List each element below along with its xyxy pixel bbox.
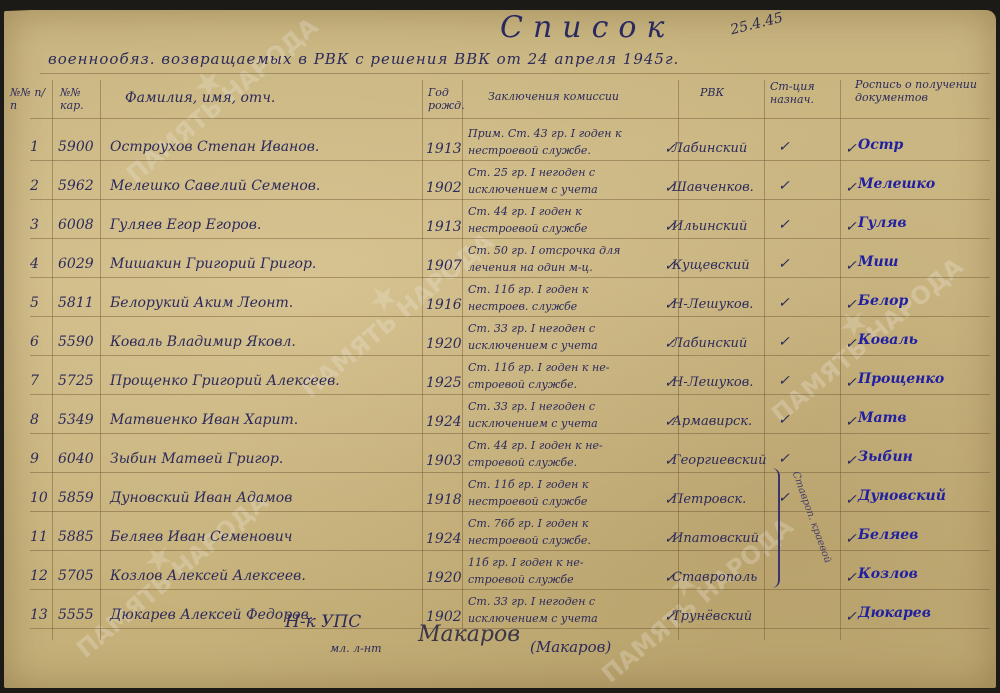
birth-year: 1920 bbox=[426, 336, 462, 352]
row-divider bbox=[30, 589, 990, 590]
birth-year: 1916 bbox=[426, 297, 462, 313]
commission-conclusion-line1: 11б гр. I годен к не- bbox=[468, 554, 584, 571]
rvk-district: Н-Лешуков. bbox=[672, 297, 753, 312]
signature-checkmark: ✓ bbox=[845, 492, 857, 508]
rvk-checkmark: ✓ bbox=[664, 492, 676, 508]
birth-year: 1907 bbox=[426, 258, 462, 274]
card-number: 5811 bbox=[58, 295, 94, 311]
document-title: Список bbox=[500, 10, 674, 45]
station-check: ✓ bbox=[778, 451, 790, 467]
commission-conclusion-line2: нестроевой службе bbox=[468, 493, 587, 510]
rvk-checkmark: ✓ bbox=[664, 453, 676, 469]
card-number: 6029 bbox=[58, 256, 94, 272]
row-divider bbox=[30, 316, 990, 317]
commission-conclusion-line1: Ст. 33 гр. I негоден с bbox=[468, 320, 595, 337]
commission-conclusion-line2: нестроев. службе bbox=[468, 298, 577, 315]
birth-year: 1924 bbox=[426, 531, 462, 547]
row-divider bbox=[30, 472, 990, 473]
signature-checkmark: ✓ bbox=[845, 336, 857, 352]
full-name: Мелешко Савелий Семенов. bbox=[110, 178, 320, 194]
commission-conclusion-line2: исключением с учета bbox=[468, 181, 598, 198]
commission-conclusion-line2: лечения на один м-ц. bbox=[468, 259, 593, 276]
table-header-divider bbox=[30, 118, 990, 119]
birth-year: 1920 bbox=[426, 570, 462, 586]
station-check: ✓ bbox=[778, 412, 790, 428]
commission-conclusion-line1: Ст. 50 гр. I отсрочка для bbox=[468, 242, 620, 259]
row-divider bbox=[30, 511, 990, 512]
column-header-card: №№ кар. bbox=[60, 86, 98, 112]
station-check: ✓ bbox=[778, 256, 790, 272]
recipient-signature: Зыбин bbox=[858, 449, 913, 465]
station-check: ✓ bbox=[778, 334, 790, 350]
commission-conclusion-line1: Ст. 11б гр. I годен к bbox=[468, 281, 588, 298]
rvk-checkmark: ✓ bbox=[664, 375, 676, 391]
birth-year: 1913 bbox=[426, 219, 462, 235]
row-divider bbox=[30, 160, 990, 161]
full-name: Дуновский Иван Адамов bbox=[110, 490, 292, 506]
handwritten-signature: Макаров bbox=[418, 622, 520, 647]
card-number: 5885 bbox=[58, 529, 94, 545]
commission-conclusion-line1: Ст. 25 гр. I негоден с bbox=[468, 164, 595, 181]
signature-checkmark: ✓ bbox=[845, 258, 857, 274]
rvk-district: Георгиевский bbox=[672, 453, 766, 468]
signatory-name: (Макаров) bbox=[530, 638, 611, 656]
row-number: 12 bbox=[30, 568, 48, 584]
recipient-signature: Гуляв bbox=[858, 215, 907, 231]
recipient-signature: Беляев bbox=[858, 527, 918, 543]
row-divider bbox=[30, 355, 990, 356]
document-subtitle: военнообяз. возвращаемых в РВК с решения… bbox=[48, 50, 679, 68]
rvk-district: Кущевский bbox=[672, 258, 750, 273]
row-number: 5 bbox=[30, 295, 39, 311]
row-divider bbox=[30, 550, 990, 551]
rvk-checkmark: ✓ bbox=[664, 414, 676, 430]
card-number: 5859 bbox=[58, 490, 94, 506]
station-check: ✓ bbox=[778, 178, 790, 194]
full-name: Зыбин Матвей Григор. bbox=[110, 451, 283, 467]
signature-checkmark: ✓ bbox=[845, 453, 857, 469]
commission-conclusion-line1: Ст. 44 гр. I годен к bbox=[468, 203, 582, 220]
birth-year: 1924 bbox=[426, 414, 462, 430]
bracket bbox=[770, 468, 780, 588]
rvk-district: Армавирск. bbox=[672, 414, 752, 429]
rvk-checkmark: ✓ bbox=[664, 258, 676, 274]
rvk-district: Петровск. bbox=[672, 492, 746, 507]
commission-conclusion-line2: исключением с учета bbox=[468, 415, 598, 432]
card-number: 6040 bbox=[58, 451, 94, 467]
column-header-conclusion: Заключения комиссии bbox=[488, 90, 619, 103]
rvk-district: Ипатовский bbox=[672, 531, 759, 546]
card-number: 5900 bbox=[58, 139, 94, 155]
recipient-signature: Белор bbox=[858, 293, 908, 309]
column-divider bbox=[100, 80, 101, 640]
birth-year: 1918 bbox=[426, 492, 462, 508]
commission-conclusion-line2: нестроевой службе bbox=[468, 220, 587, 237]
birth-year: 1913 bbox=[426, 141, 462, 157]
row-number: 4 bbox=[30, 256, 39, 272]
full-name: Белорукий Аким Леонт. bbox=[110, 295, 293, 311]
row-divider bbox=[30, 277, 990, 278]
row-divider bbox=[30, 199, 990, 200]
rvk-district: Н-Лешуков. bbox=[672, 375, 753, 390]
column-header-num: №№ п/п bbox=[10, 86, 50, 112]
recipient-signature: Мелешко bbox=[858, 176, 935, 192]
recipient-signature: Матв bbox=[858, 410, 907, 426]
commission-conclusion-line1: Прим. Ст. 43 гр. I годен к bbox=[468, 125, 622, 142]
full-name: Козлов Алексей Алексеев. bbox=[110, 568, 306, 584]
row-number: 11 bbox=[30, 529, 48, 545]
signature-checkmark: ✓ bbox=[845, 414, 857, 430]
row-number: 7 bbox=[30, 373, 39, 389]
signature-checkmark: ✓ bbox=[845, 531, 857, 547]
commission-conclusion-line1: Ст. 44 гр. I годен к не- bbox=[468, 437, 603, 454]
rvk-district: Трунёвский bbox=[672, 609, 752, 624]
recipient-signature: Прощенко bbox=[858, 371, 944, 387]
rvk-checkmark: ✓ bbox=[664, 531, 676, 547]
rvk-checkmark: ✓ bbox=[664, 570, 676, 586]
commission-conclusion-line2: строевой службе bbox=[468, 571, 574, 588]
rvk-district: Шавченков. bbox=[672, 180, 754, 195]
row-number: 10 bbox=[30, 490, 48, 506]
column-divider bbox=[678, 80, 679, 640]
signature-checkmark: ✓ bbox=[845, 219, 857, 235]
signatory-rank: мл. л-нт bbox=[330, 642, 382, 655]
card-number: 5725 bbox=[58, 373, 94, 389]
row-number: 2 bbox=[30, 178, 39, 194]
column-divider bbox=[840, 80, 841, 640]
signature-checkmark: ✓ bbox=[845, 297, 857, 313]
commission-conclusion-line2: нестроевой службе. bbox=[468, 142, 591, 159]
column-header-signature: Роспись о получении документов bbox=[855, 78, 985, 104]
station-check: ✓ bbox=[778, 139, 790, 155]
column-divider bbox=[462, 80, 463, 640]
birth-year: 1902 bbox=[426, 180, 462, 196]
commission-conclusion-line1: Ст. 33 гр. I негоден с bbox=[468, 398, 595, 415]
row-number: 9 bbox=[30, 451, 39, 467]
rvk-district: Лабинский bbox=[672, 336, 747, 351]
rvk-checkmark: ✓ bbox=[664, 297, 676, 313]
full-name: Прощенко Григорий Алексеев. bbox=[110, 373, 340, 389]
recipient-signature: Дюкарев bbox=[858, 605, 931, 621]
row-number: 6 bbox=[30, 334, 39, 350]
full-name: Гуляев Егор Егоров. bbox=[110, 217, 261, 233]
commission-conclusion-line1: Ст. 76б гр. I годен к bbox=[468, 515, 588, 532]
signature-checkmark: ✓ bbox=[845, 180, 857, 196]
commission-conclusion-line1: Ст. 11б гр. I годен к не- bbox=[468, 359, 609, 376]
recipient-signature: Миш bbox=[858, 254, 899, 270]
column-header-rvk: РВК bbox=[700, 86, 724, 99]
full-name: Остроухов Степан Иванов. bbox=[110, 139, 319, 155]
row-divider bbox=[30, 394, 990, 395]
card-number: 5962 bbox=[58, 178, 94, 194]
column-divider bbox=[422, 80, 423, 640]
full-name: Матвиенко Иван Харит. bbox=[110, 412, 298, 428]
column-header-station: Ст-ция назнач. bbox=[770, 80, 836, 106]
full-name: Беляев Иван Семенович bbox=[110, 529, 292, 545]
rvk-checkmark: ✓ bbox=[664, 336, 676, 352]
signature-checkmark: ✓ bbox=[845, 375, 857, 391]
rvk-checkmark: ✓ bbox=[664, 219, 676, 235]
commission-conclusion-line1: Ст. 33 гр. I негоден с bbox=[468, 593, 595, 610]
rvk-checkmark: ✓ bbox=[664, 609, 676, 625]
rvk-checkmark: ✓ bbox=[664, 180, 676, 196]
card-number: 5555 bbox=[58, 607, 94, 623]
birth-year: 1903 bbox=[426, 453, 462, 469]
column-divider bbox=[52, 80, 53, 640]
signature-checkmark: ✓ bbox=[845, 570, 857, 586]
column-header-year: Год рожд. bbox=[428, 86, 460, 112]
card-number: 5349 bbox=[58, 412, 94, 428]
rvk-district: Ставрополь bbox=[672, 570, 757, 585]
row-divider bbox=[30, 238, 990, 239]
recipient-signature: Коваль bbox=[858, 332, 918, 348]
recipient-signature: Козлов bbox=[858, 566, 918, 582]
row-divider bbox=[30, 433, 990, 434]
commission-conclusion-line2: исключением с учета bbox=[468, 337, 598, 354]
station-check: ✓ bbox=[778, 217, 790, 233]
signature-checkmark: ✓ bbox=[845, 609, 857, 625]
commission-conclusion-line2: нестроевой службе. bbox=[468, 532, 591, 549]
column-header-name: Фамилия, имя, отч. bbox=[125, 92, 275, 105]
row-number: 13 bbox=[30, 607, 48, 623]
full-name: Коваль Владимир Яковл. bbox=[110, 334, 296, 350]
signature-checkmark: ✓ bbox=[845, 141, 857, 157]
commission-conclusion-line2: строевой службе. bbox=[468, 454, 577, 471]
card-number: 5590 bbox=[58, 334, 94, 350]
ruled-line bbox=[40, 73, 990, 74]
full-name: Мишакин Григорий Григор. bbox=[110, 256, 316, 272]
station-check: ✓ bbox=[778, 373, 790, 389]
commission-conclusion-line1: Ст. 11б гр. I годен к bbox=[468, 476, 588, 493]
rvk-checkmark: ✓ bbox=[664, 141, 676, 157]
commission-conclusion-line2: строевой службе. bbox=[468, 376, 577, 393]
birth-year: 1925 bbox=[426, 375, 462, 391]
station-check: ✓ bbox=[778, 295, 790, 311]
row-number: 1 bbox=[30, 139, 39, 155]
signatory-position: Н-к УПС bbox=[285, 612, 361, 632]
column-divider bbox=[764, 80, 765, 640]
recipient-signature: Дуновский bbox=[858, 488, 946, 504]
card-number: 6008 bbox=[58, 217, 94, 233]
rvk-district: Ильинский bbox=[672, 219, 747, 234]
full-name: Дюкарев Алексей Федоров. bbox=[110, 607, 313, 623]
row-number: 8 bbox=[30, 412, 39, 428]
recipient-signature: Остр bbox=[858, 137, 903, 153]
row-number: 3 bbox=[30, 217, 39, 233]
rvk-district: Лабинский bbox=[672, 141, 747, 156]
card-number: 5705 bbox=[58, 568, 94, 584]
